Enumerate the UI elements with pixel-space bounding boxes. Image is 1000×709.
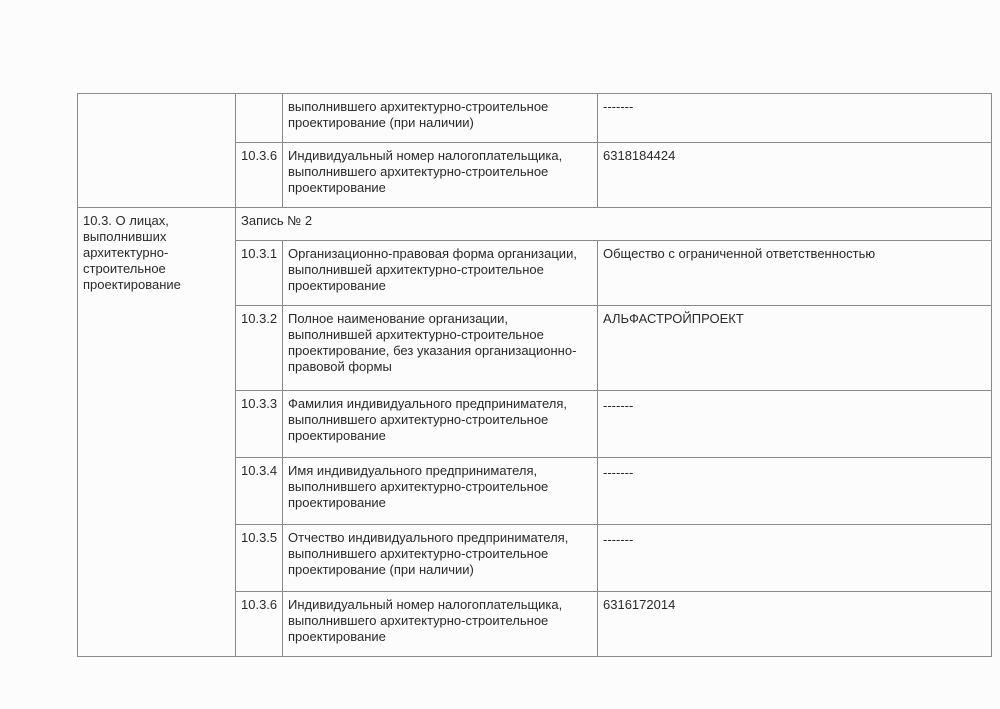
row-value: АЛЬФАСТРОЙПРОЕКТ	[598, 306, 992, 391]
row-value: 6316172014	[598, 592, 992, 657]
row-number: 10.3.3	[236, 391, 283, 458]
row-value: -------	[598, 94, 992, 143]
records-table: выполнившего архитектурно-строительное п…	[77, 93, 992, 657]
row-number: 10.3.4	[236, 458, 283, 525]
row-label: Имя индивидуального предпринимателя, вып…	[283, 458, 598, 525]
row-number: 10.3.6	[236, 143, 283, 208]
row-label: Организационно-правовая форма организаци…	[283, 241, 598, 306]
row-label: Полное наименование организации, выполни…	[283, 306, 598, 391]
row-number: 10.3.6	[236, 592, 283, 657]
section-cell-empty	[78, 94, 236, 208]
row-label: Отчество индивидуального предпринимателя…	[283, 525, 598, 592]
row-number: 10.3.2	[236, 306, 283, 391]
row-value: -------	[598, 525, 992, 592]
table-row: выполнившего архитектурно-строительное п…	[78, 94, 992, 143]
document-page: выполнившего архитектурно-строительное п…	[0, 0, 1000, 709]
record-header-row: 10.3. О лицах, выполнивших архитектурно-…	[78, 208, 992, 241]
row-label: Фамилия индивидуального предпринимателя,…	[283, 391, 598, 458]
row-label: выполнившего архитектурно-строительное п…	[283, 94, 598, 143]
record-label: Запись № 2	[236, 208, 992, 241]
row-value-text: -------	[603, 465, 633, 480]
row-label: Индивидуальный номер налогоплательщика, …	[283, 143, 598, 208]
section-title: 10.3. О лицах, выполнивших архитектурно-…	[78, 208, 236, 657]
row-number: 10.3.5	[236, 525, 283, 592]
row-value: Общество с ограниченной ответственностью	[598, 241, 992, 306]
row-value-text: -------	[603, 398, 633, 413]
row-value: -------	[598, 458, 992, 525]
row-value-text: -------	[603, 532, 633, 547]
row-number	[236, 94, 283, 143]
row-value: 6318184424	[598, 143, 992, 208]
row-label: Индивидуальный номер налогоплательщика, …	[283, 592, 598, 657]
row-value: -------	[598, 391, 992, 458]
row-number: 10.3.1	[236, 241, 283, 306]
